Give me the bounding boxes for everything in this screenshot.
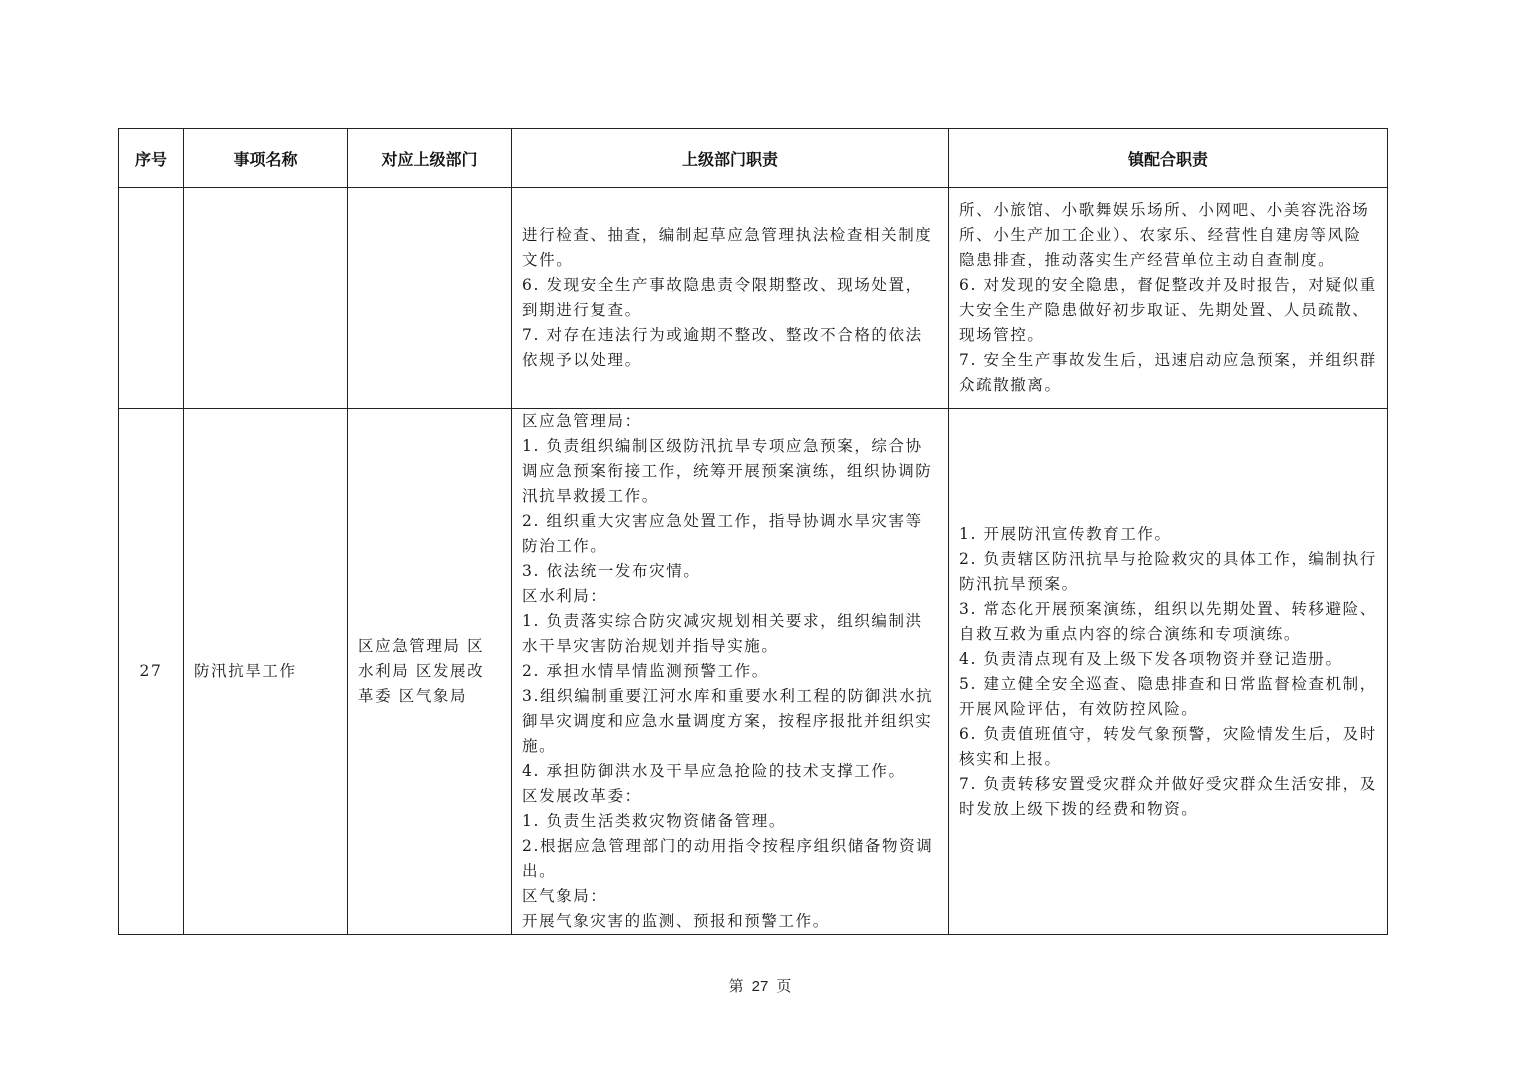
duty-line: 3.组织编制重要江河水库和重要水利工程的防御洪水抗御旱灾调度和应急水量调度方案，… xyxy=(522,684,938,759)
header-upper-duties: 上级部门职责 xyxy=(512,129,949,188)
duty-line: 2. 负责辖区防汛抗旱与抢险救灾的具体工作，编制执行防汛抗旱预案。 xyxy=(959,547,1377,597)
page-suffix: 页 xyxy=(776,977,791,995)
header-item-name: 事项名称 xyxy=(184,129,348,188)
duty-line: 进行检查、抽查，编制起草应急管理执法检查相关制度文件。 xyxy=(522,223,938,273)
duty-line: 2.根据应急管理部门的动用指令按程序组织储备物资调出。 xyxy=(522,834,938,884)
duty-line: 7. 对存在违法行为或逾期不整改、整改不合格的依法依规予以处理。 xyxy=(522,323,938,373)
page-footer: 第27页 xyxy=(0,975,1520,996)
cell-serial-no xyxy=(119,188,184,409)
cell-item-name xyxy=(184,188,348,409)
duties-table: 序号 事项名称 对应上级部门 上级部门职责 镇配合职责 进行检查、抽查，编制起草… xyxy=(118,128,1388,935)
duty-line: 7. 负责转移安置受灾群众并做好受灾群众生活安排，及时发放上级下拨的经费和物资。 xyxy=(959,772,1377,822)
table-row: 进行检查、抽查，编制起草应急管理执法检查相关制度文件。 6. 发现安全生产事故隐… xyxy=(119,188,1388,409)
duty-line: 2. 组织重大灾害应急处置工作，指导协调水旱灾害等防治工作。 xyxy=(522,509,938,559)
duty-line: 1. 开展防汛宣传教育工作。 xyxy=(959,522,1377,547)
duty-line: 开展气象灾害的监测、预报和预警工作。 xyxy=(522,909,938,934)
cell-item-name: 防汛抗旱工作 xyxy=(184,409,348,935)
duty-line: 1. 负责组织编制区级防汛抗旱专项应急预案，综合协调应急预案衔接工作，统筹开展预… xyxy=(522,434,938,509)
cell-town-duties: 所、小旅馆、小歌舞娱乐场所、小网吧、小美容洗浴场所、小生产加工企业）、农家乐、经… xyxy=(949,188,1388,409)
cell-upper-dept xyxy=(348,188,512,409)
header-serial-no: 序号 xyxy=(119,129,184,188)
duty-line: 4. 承担防御洪水及干旱应急抢险的技术支撑工作。 xyxy=(522,759,938,784)
cell-upper-duties: 区应急管理局： 1. 负责组织编制区级防汛抗旱专项应急预案，综合协调应急预案衔接… xyxy=(512,409,949,935)
duty-line: 3. 常态化开展预案演练，组织以先期处置、转移避险、自救互救为重点内容的综合演练… xyxy=(959,597,1377,647)
duty-line: 所、小旅馆、小歌舞娱乐场所、小网吧、小美容洗浴场所、小生产加工企业）、农家乐、经… xyxy=(959,198,1377,273)
header-upper-dept: 对应上级部门 xyxy=(348,129,512,188)
duty-line: 3. 依法统一发布灾情。 xyxy=(522,559,938,584)
duty-line: 6. 负责值班值守，转发气象预警，灾险情发生后，及时核实和上报。 xyxy=(959,722,1377,772)
cell-upper-duties: 进行检查、抽查，编制起草应急管理执法检查相关制度文件。 6. 发现安全生产事故隐… xyxy=(512,188,949,409)
dept-heading: 区水利局： xyxy=(522,584,938,609)
duty-line: 4. 负责清点现有及上级下发各项物资并登记造册。 xyxy=(959,647,1377,672)
table-row: 27 防汛抗旱工作 区应急管理局 区水利局 区发展改革委 区气象局 区应急管理局… xyxy=(119,409,1388,935)
page-number: 27 xyxy=(752,978,769,995)
dept-heading: 区气象局： xyxy=(522,884,938,909)
header-town-duties: 镇配合职责 xyxy=(949,129,1388,188)
duty-line: 1. 负责生活类救灾物资储备管理。 xyxy=(522,809,938,834)
cell-serial-no: 27 xyxy=(119,409,184,935)
page-prefix: 第 xyxy=(729,977,744,995)
duty-line: 7. 安全生产事故发生后，迅速启动应急预案，并组织群众疏散撤离。 xyxy=(959,348,1377,398)
table-header-row: 序号 事项名称 对应上级部门 上级部门职责 镇配合职责 xyxy=(119,129,1388,188)
dept-heading: 区应急管理局： xyxy=(522,409,938,434)
duty-line: 2. 承担水情旱情监测预警工作。 xyxy=(522,659,938,684)
cell-upper-dept: 区应急管理局 区水利局 区发展改革委 区气象局 xyxy=(348,409,512,935)
cell-town-duties: 1. 开展防汛宣传教育工作。 2. 负责辖区防汛抗旱与抢险救灾的具体工作，编制执… xyxy=(949,409,1388,935)
duty-line: 6. 发现安全生产事故隐患责令限期整改、现场处置，到期进行复查。 xyxy=(522,273,938,323)
duty-line: 6. 对发现的安全隐患，督促整改并及时报告，对疑似重大安全生产隐患做好初步取证、… xyxy=(959,273,1377,348)
dept-heading: 区发展改革委： xyxy=(522,784,938,809)
duty-line: 5. 建立健全安全巡查、隐患排查和日常监督检查机制，开展风险评估，有效防控风险。 xyxy=(959,672,1377,722)
duty-line: 1. 负责落实综合防灾减灾规划相关要求，组织编制洪水干旱灾害防治规划并指导实施。 xyxy=(522,609,938,659)
